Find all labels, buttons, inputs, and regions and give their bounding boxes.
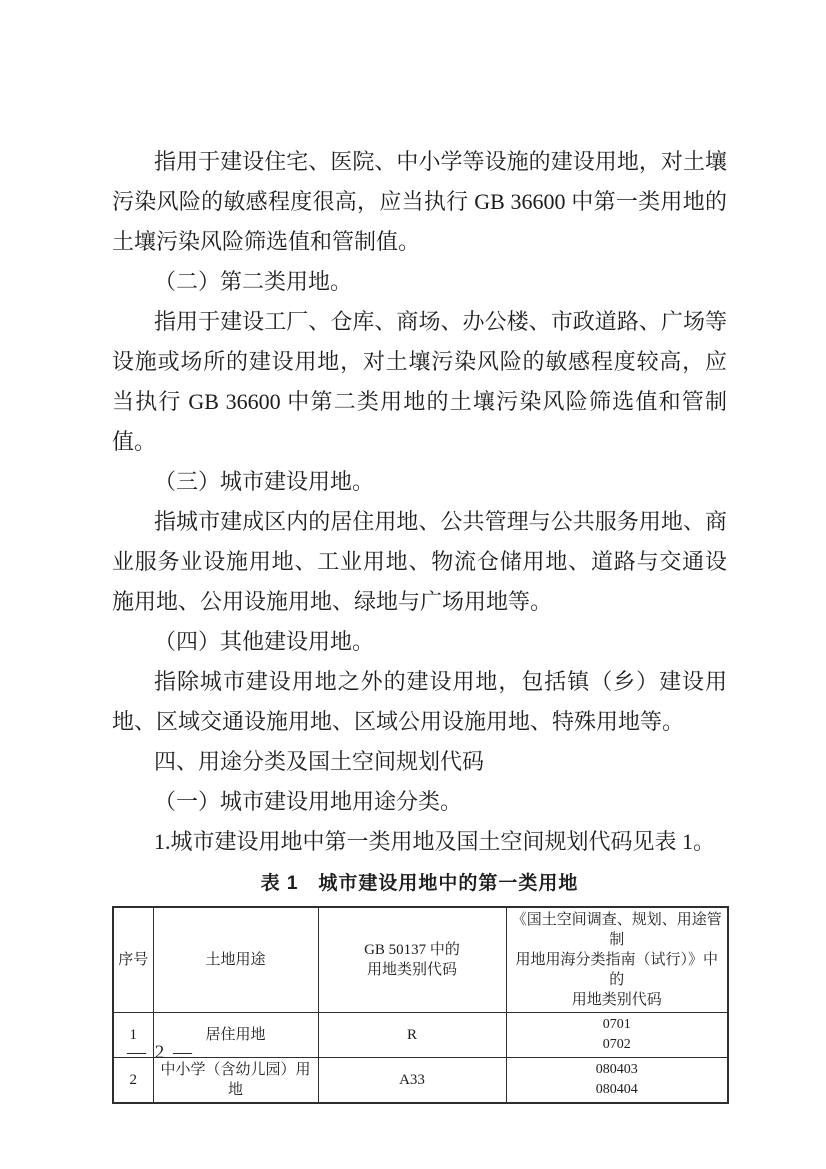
cell-planning-codes: 080403 080404 <box>506 1058 728 1104</box>
header-gb50137-line2: 用地类别代码 <box>322 960 503 980</box>
table-caption: 表 1 城市建设用地中的第一类用地 <box>112 870 727 898</box>
first-class-land-table: 序号 土地用途 GB 50137 中的 用地类别代码 《国土空间调查、规划、用途… <box>112 906 729 1104</box>
heading-urban-land-classification: （一）城市建设用地用途分类。 <box>112 782 727 822</box>
cell-gb-code: A33 <box>318 1058 506 1104</box>
paragraph-class1-description: 指用于建设住宅、医院、中小学等设施的建设用地，对土壤污染风险的敏感程度很高，应当… <box>112 142 727 262</box>
page-number: — 2 — <box>127 1042 194 1064</box>
paragraph-table1-intro: 1.城市建设用地中第一类用地及国土空间规划代码见表 1。 <box>112 822 727 862</box>
header-land-use: 土地用途 <box>153 907 318 1013</box>
table-row: 2 中小学（含幼儿园）用地 A33 080403 080404 <box>113 1058 728 1104</box>
heading-urban-construction-land: （三）城市建设用地。 <box>112 462 727 502</box>
paragraph-class2-description: 指用于建设工厂、仓库、商场、办公楼、市政道路、广场等设施或场所的建设用地，对土壤… <box>112 302 727 462</box>
table-header-row: 序号 土地用途 GB 50137 中的 用地类别代码 《国土空间调查、规划、用途… <box>113 907 728 1013</box>
cell-seq-no: 2 <box>113 1058 153 1104</box>
heading-section-4: 四、用途分类及国土空间规划代码 <box>112 742 727 782</box>
heading-other-construction-land: （四）其他建设用地。 <box>112 622 727 662</box>
cell-planning-codes: 0701 0702 <box>506 1013 728 1058</box>
cell-land-use: 中小学（含幼儿园）用地 <box>153 1058 318 1104</box>
table-row: 1 居住用地 R 0701 0702 <box>113 1013 728 1058</box>
header-gb50137-code: GB 50137 中的 用地类别代码 <box>318 907 506 1013</box>
planning-code-line: 0701 <box>510 1015 725 1035</box>
header-gb50137-line1: GB 50137 中的 <box>322 940 503 960</box>
planning-code-line: 0702 <box>510 1035 725 1055</box>
document-content: 指用于建设住宅、医院、中小学等设施的建设用地，对土壤污染风险的敏感程度很高，应当… <box>112 142 727 1104</box>
heading-class2-land: （二）第二类用地。 <box>112 262 727 302</box>
document-page: 指用于建设住宅、医院、中小学等设施的建设用地，对土壤污染风险的敏感程度很高，应当… <box>0 0 826 1169</box>
header-guide-line1: 《国土空间调查、规划、用途管制 <box>510 910 725 950</box>
planning-code-line: 080404 <box>510 1080 725 1100</box>
paragraph-other-land-description: 指除城市建设用地之外的建设用地，包括镇（乡）建设用地、区域交通设施用地、区域公用… <box>112 662 727 742</box>
cell-gb-code: R <box>318 1013 506 1058</box>
header-seq-no: 序号 <box>113 907 153 1013</box>
planning-code-line: 080403 <box>510 1060 725 1080</box>
header-guide-line2: 用地用海分类指南（试行）》中的 <box>510 950 725 990</box>
header-guide-line3: 用地类别代码 <box>510 990 725 1010</box>
paragraph-urban-land-description: 指城市建成区内的居住用地、公共管理与公共服务用地、商业服务业设施用地、工业用地、… <box>112 502 727 622</box>
header-planning-guide-code: 《国土空间调查、规划、用途管制 用地用海分类指南（试行）》中的 用地类别代码 <box>506 907 728 1013</box>
